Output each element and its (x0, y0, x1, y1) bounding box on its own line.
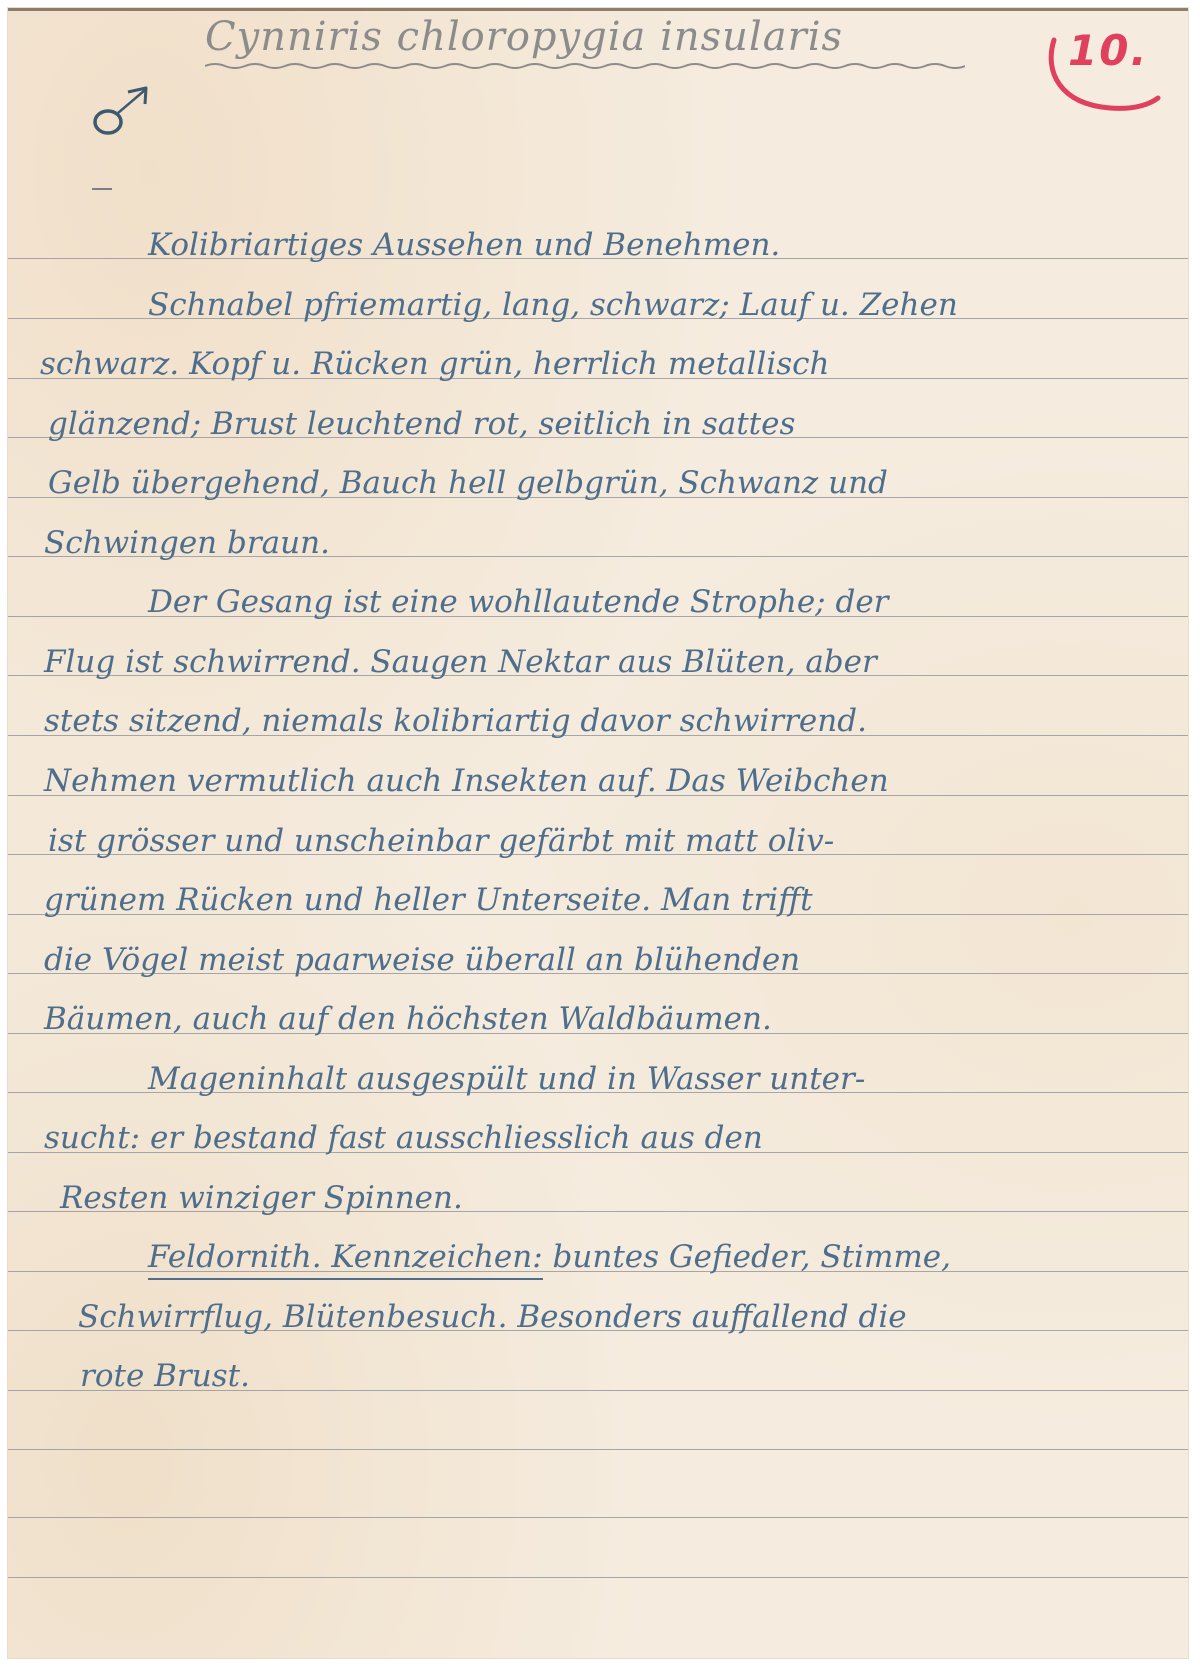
text-line: die Vögel meist paarweise überall an blü… (44, 945, 800, 976)
male-symbol-icon (88, 82, 158, 142)
dash-mark (92, 188, 112, 190)
text-line: sucht: er bestand fast ausschliesslich a… (44, 1123, 763, 1154)
text-line: rote Brust. (80, 1361, 250, 1392)
text-line: stets sitzend, niemals kolibriartig davo… (44, 706, 867, 737)
text-line: Bäumen, auch auf den höchsten Waldbäumen… (44, 1004, 772, 1035)
text-line: Kolibriartiges Aussehen und Benehmen. (148, 230, 780, 261)
title-wavy-underline (205, 60, 965, 70)
ruled-line (8, 1517, 1188, 1518)
page-number: 10. (1068, 26, 1148, 75)
field-marks-label: Feldornith. Kennzeichen: (148, 1239, 543, 1280)
text-line: Schwingen braun. (44, 528, 330, 559)
text-line: Schnabel pfriemartig, lang, schwarz; Lau… (148, 290, 958, 321)
text-line: Mageninhalt ausgespült und in Wasser unt… (148, 1064, 865, 1095)
text-line: Gelb übergehend, Bauch hell gelbgrün, Sc… (48, 468, 888, 499)
text-line: Nehmen vermutlich auch Insekten auf. Das… (44, 766, 889, 797)
text-line: Schwirrflug, Blütenbesuch. Besonders auf… (78, 1302, 907, 1333)
text-line: glänzend; Brust leuchtend rot, seitlich … (48, 409, 795, 440)
species-title: Cynniris chloropygia insularis (205, 14, 843, 60)
text-line: grünem Rücken und heller Unterseite. Man… (44, 885, 813, 916)
ruled-line (8, 1577, 1188, 1578)
text-line: schwarz. Kopf u. Rücken grün, herrlich m… (40, 349, 830, 380)
ruled-line (8, 1449, 1188, 1450)
text-line-field-marks: Feldornith. Kennzeichen: buntes Gefieder… (148, 1242, 951, 1273)
text-line: ist grösser und unscheinbar gefärbt mit … (48, 826, 834, 857)
text-line: Der Gesang ist eine wohllautende Strophe… (148, 587, 889, 618)
field-marks-text: buntes Gefieder, Stimme, (543, 1239, 951, 1275)
text-line: Resten winziger Spinnen. (60, 1183, 463, 1214)
text-line: Flug ist schwirrend. Saugen Nektar aus B… (44, 647, 877, 678)
page-number-marker: 10. (1040, 22, 1170, 117)
page-top-edge (8, 8, 1188, 11)
